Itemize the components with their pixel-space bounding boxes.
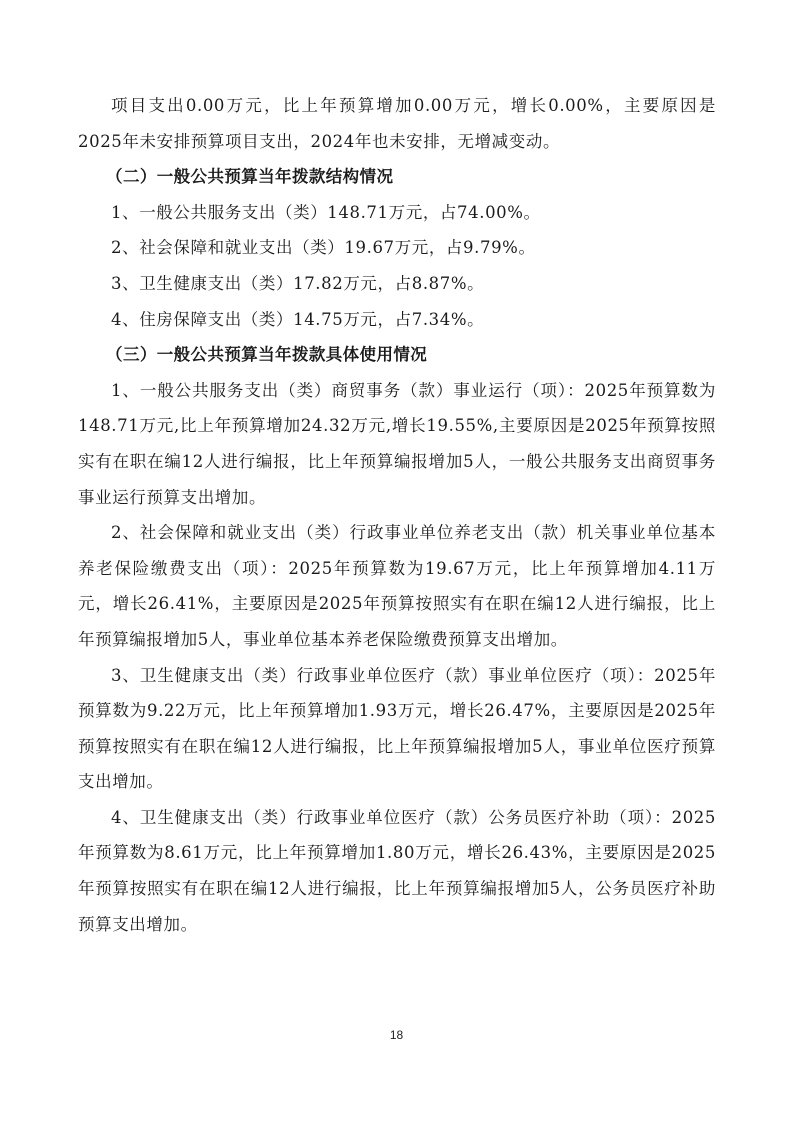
section-heading-allocation-usage: （三）一般公共预算当年拨款具体使用情况 (78, 337, 716, 373)
usage-paragraph: 1、一般公共服务支出（类）商贸事务（款）事业运行（项）：2025年预算数为148… (78, 373, 716, 515)
allocation-structure-list: 1、一般公共服务支出（类）148.71万元，占74.00%。 2、社会保障和就业… (78, 195, 716, 337)
usage-paragraph: 4、卫生健康支出（类）行政事业单位医疗（款）公务员医疗补助（项）：2025年预算… (78, 800, 716, 942)
list-item: 2、社会保障和就业支出（类）19.67万元，占9.79%。 (78, 230, 716, 266)
usage-paragraph: 2、社会保障和就业支出（类）行政事业单位养老支出（款）机关事业单位基本养老保险缴… (78, 515, 716, 657)
continuation-paragraph: 项目支出0.00万元，比上年预算增加0.00万元，增长0.00%，主要原因是20… (78, 88, 716, 159)
document-page: 项目支出0.00万元，比上年预算增加0.00万元，增长0.00%，主要原因是20… (78, 88, 716, 942)
list-item: 3、卫生健康支出（类）17.82万元，占8.87%。 (78, 266, 716, 302)
list-item: 1、一般公共服务支出（类）148.71万元，占74.00%。 (78, 195, 716, 231)
list-item: 4、住房保障支出（类）14.75万元，占7.34%。 (78, 302, 716, 338)
usage-paragraph: 3、卫生健康支出（类）行政事业单位医疗（款）事业单位医疗（项）：2025年预算数… (78, 658, 716, 800)
allocation-usage-list: 1、一般公共服务支出（类）商贸事务（款）事业运行（项）：2025年预算数为148… (78, 373, 716, 943)
section-heading-allocation-structure: （二）一般公共预算当年拨款结构情况 (78, 159, 716, 195)
page-number: 18 (0, 1028, 793, 1042)
